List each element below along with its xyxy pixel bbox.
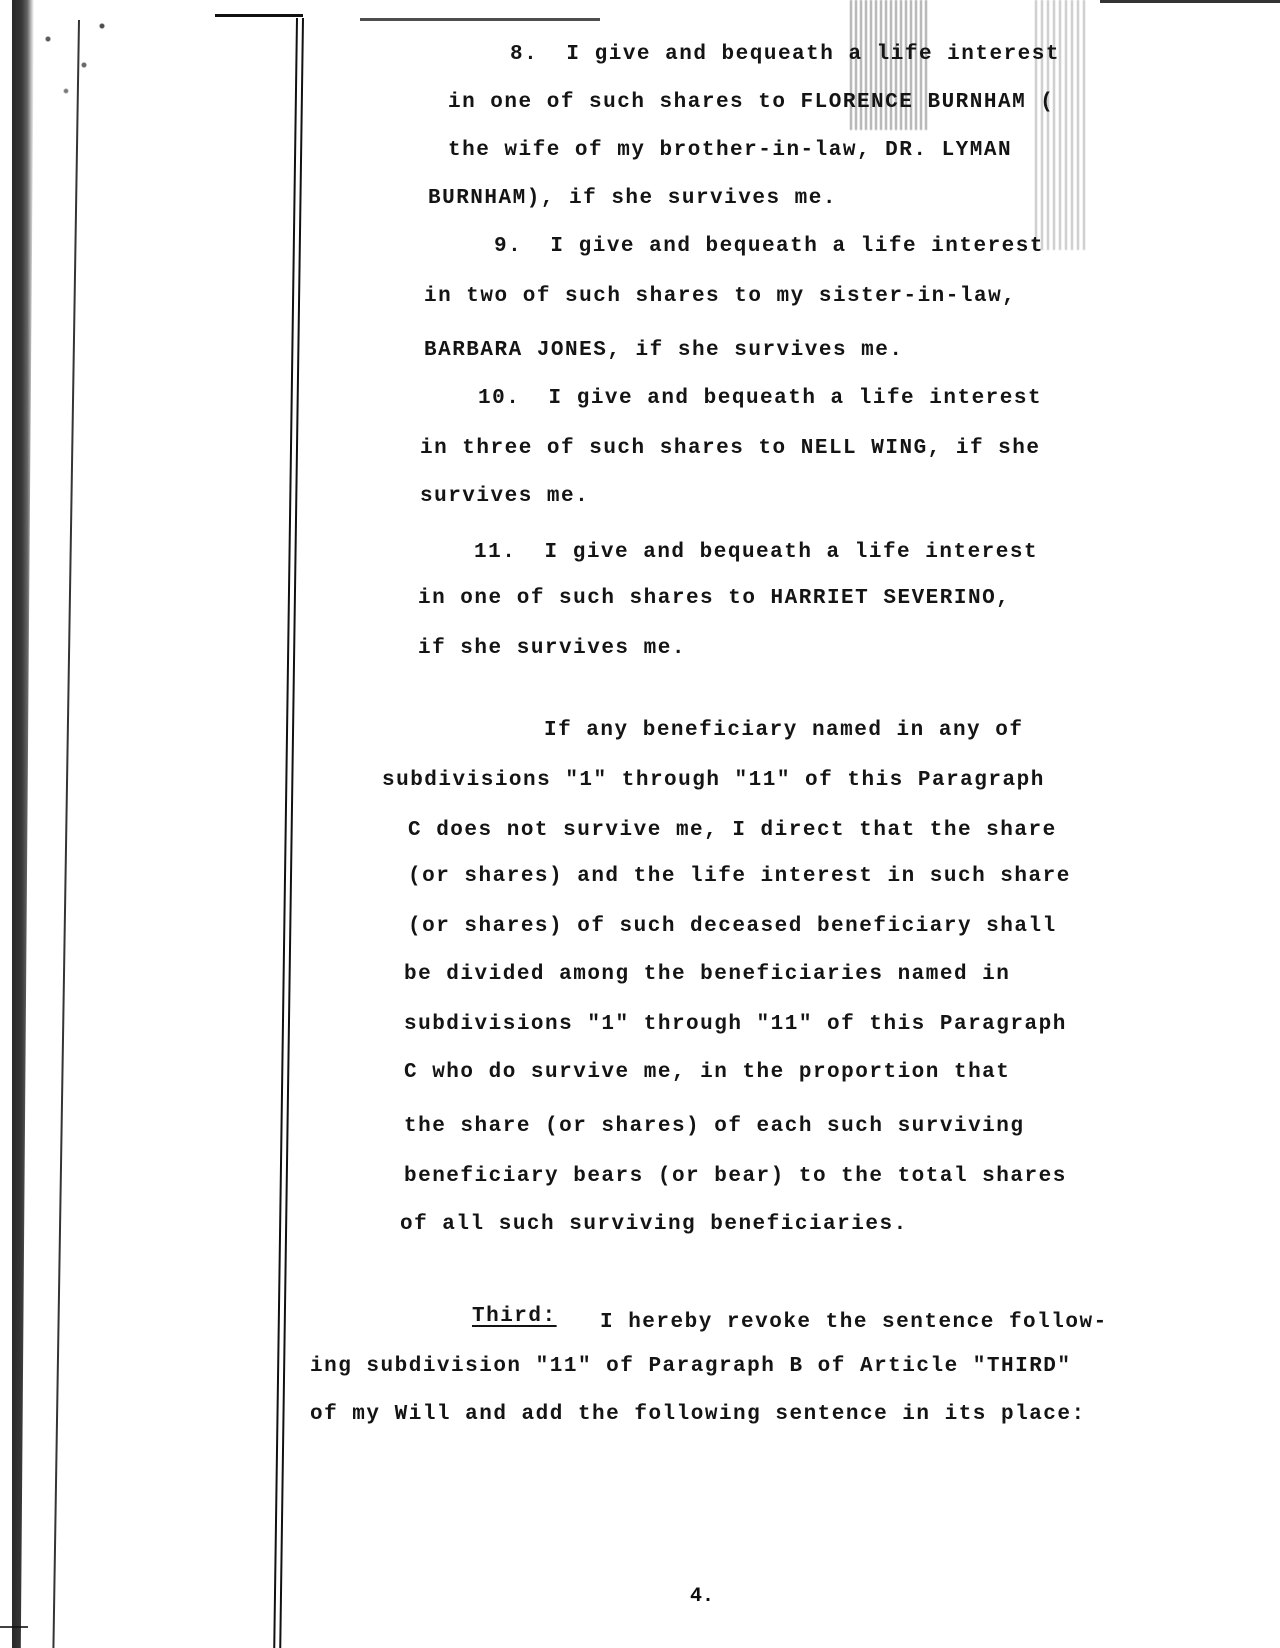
item-9-line-3: BARBARA JONES, if she survives me.	[424, 340, 903, 361]
margin-rule-left	[52, 20, 80, 1648]
scan-smudge-secondary	[1035, 0, 1085, 250]
top-rule-right	[1100, 0, 1280, 3]
item-9-line-1: 9. I give and bequeath a life interest	[494, 236, 1044, 257]
lapse-line-9: the share (or shares) of each such survi…	[404, 1116, 1025, 1137]
item-11-line-3: if she survives me.	[418, 638, 686, 659]
item-8-line-3: the wife of my brother-in-law, DR. LYMAN	[448, 140, 1012, 161]
lapse-line-2: subdivisions "1" through "11" of this Pa…	[382, 770, 1045, 791]
lapse-line-11: of all such surviving beneficiaries.	[400, 1214, 908, 1235]
lapse-line-7: subdivisions "1" through "11" of this Pa…	[404, 1014, 1067, 1035]
section-heading-third: Third:	[472, 1306, 557, 1327]
item-11-line-2: in one of such shares to HARRIET SEVERIN…	[418, 588, 1010, 609]
top-rule-center	[360, 18, 600, 21]
lapse-line-10: beneficiary bears (or bear) to the total…	[404, 1166, 1067, 1187]
item-8-line-1: 8. I give and bequeath a life interest	[510, 44, 1060, 65]
third-line-1: I hereby revoke the sentence follow-	[600, 1312, 1108, 1333]
third-line-2: ing subdivision "11" of Paragraph B of A…	[310, 1356, 1072, 1377]
lapse-line-3: C does not survive me, I direct that the…	[408, 820, 1057, 841]
top-rule-left	[215, 14, 303, 17]
bottom-rule-left	[0, 1626, 28, 1628]
lapse-line-4: (or shares) and the life interest in suc…	[408, 866, 1071, 887]
page-number: 4.	[690, 1585, 714, 1608]
item-9-line-2: in two of such shares to my sister-in-la…	[424, 286, 1016, 307]
lapse-line-5: (or shares) of such deceased beneficiary…	[408, 916, 1057, 937]
document-page: 8. I give and bequeath a life interest i…	[0, 0, 1280, 1648]
binding-edge-shadow	[12, 0, 34, 1648]
lapse-line-6: be divided among the beneficiaries named…	[404, 964, 1010, 985]
third-line-3: of my Will and add the following sentenc…	[310, 1404, 1086, 1425]
margin-rule-double-a	[273, 18, 298, 1648]
item-10-line-3: survives me.	[420, 486, 589, 507]
item-11-line-1: 11. I give and bequeath a life interest	[474, 542, 1038, 563]
item-8-line-4: BURNHAM), if she survives me.	[428, 188, 837, 209]
scan-speckle	[30, 0, 120, 130]
lapse-line-1: If any beneficiary named in any of	[544, 720, 1023, 741]
item-8-line-2: in one of such shares to FLORENCE BURNHA…	[448, 92, 1054, 113]
lapse-line-8: C who do survive me, in the proportion t…	[404, 1062, 1010, 1083]
item-10-line-1: 10. I give and bequeath a life interest	[478, 388, 1042, 409]
item-10-line-2: in three of such shares to NELL WING, if…	[420, 438, 1041, 459]
